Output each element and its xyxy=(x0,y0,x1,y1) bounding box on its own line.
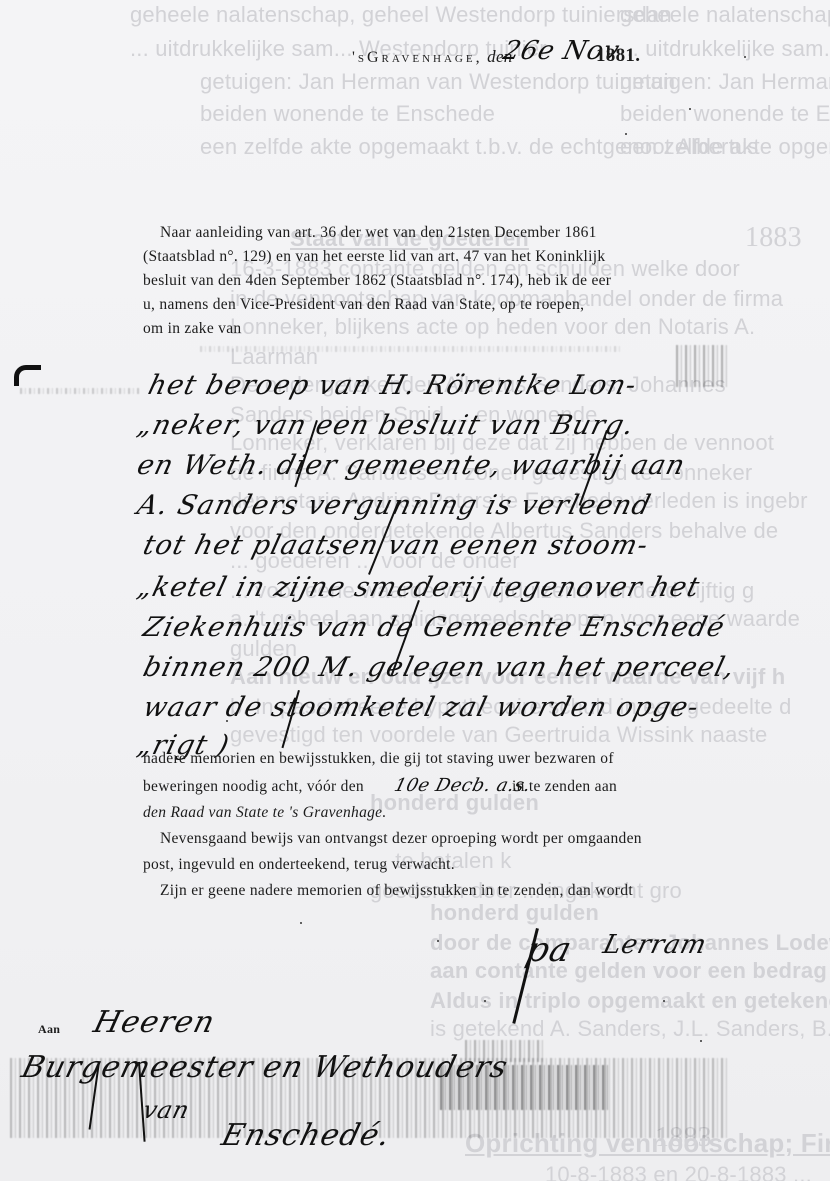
ghost-line: beiden wonende te Enschede xyxy=(620,101,830,127)
scanned-page: geheele nalatenschap, geheel Westendorp … xyxy=(0,0,830,1181)
handwritten-line: en Weth. dier gemeente, waarbij aan xyxy=(134,450,689,481)
speck xyxy=(663,1000,665,1002)
ghost-line: Aldus in triplo opgemaakt en getekend te… xyxy=(430,988,830,1014)
speck xyxy=(744,56,746,58)
body-line: beweringen noodig acht, vóór den xyxy=(143,778,364,796)
handwritten-line: „neker, van een besluit van Burg. xyxy=(134,410,638,441)
handwritten-line: A. Sanders vergunning is verleend xyxy=(134,490,655,521)
speck xyxy=(484,1000,486,1002)
speck xyxy=(625,133,627,135)
intro-line: Naar aanleiding van art. 36 der wet van … xyxy=(160,224,597,242)
speck xyxy=(300,922,302,924)
bracket-mark xyxy=(14,365,41,386)
document-header: 'sGravenhage, den xyxy=(352,47,513,67)
ghost-year: 1883 xyxy=(745,222,802,254)
header-place: 'sGravenhage, xyxy=(352,49,483,66)
ghost-line: is getekend A. Sanders, J.L. Sanders, B.… xyxy=(430,1016,830,1042)
ghost-line: getuigen: Jan Herman van Westendorp tuin… xyxy=(200,69,675,95)
ghost-line: een zelfde akte opgemaakt t.b.v. de echt… xyxy=(200,134,759,160)
signature-name: Lerram xyxy=(600,930,710,960)
intro-line: om in zake van xyxy=(143,320,241,338)
body-line: in te zenden aan xyxy=(512,778,617,796)
ghost-line: 10-8-1883 en 20-8-1883 ... xyxy=(545,1162,812,1181)
scan-smudge xyxy=(440,1065,610,1110)
address-aan-label: Aan xyxy=(38,1022,60,1037)
speck xyxy=(437,940,439,942)
scan-smudge xyxy=(20,388,140,394)
closing-line: Zijn er geene nadere memorien of bewijss… xyxy=(160,882,633,900)
address-line-1: Heeren xyxy=(90,1005,219,1040)
handwritten-line: waar de stoomketel zal worden opge- xyxy=(140,692,703,723)
handwritten-line: binnen 200 M. gelegen van het perceel, xyxy=(140,652,739,683)
body-line: den Raad van State te 's Gravenhage. xyxy=(143,804,387,822)
speck xyxy=(700,1040,702,1042)
speck xyxy=(226,720,228,722)
ghost-line: Lonneker, blijkens acte op heden voor de… xyxy=(230,314,755,340)
intro-line: u, namens den Vice-President van den Raa… xyxy=(143,296,584,314)
ghost-line: honderd gulden xyxy=(430,900,599,926)
receipt-line: post, ingevuld en onderteekend, terug ve… xyxy=(143,856,455,874)
ghost-line: geheele nalatenschap, geheel Westendorp … xyxy=(130,2,672,28)
intro-line: (Staatsblad n°. 129) en van het eerste l… xyxy=(143,248,605,266)
scan-smudge xyxy=(465,1040,545,1062)
handwritten-line: tot het plaatsen van eenen stoom- xyxy=(140,530,652,561)
scan-smudge xyxy=(676,345,728,387)
scan-smudge xyxy=(200,346,620,352)
receipt-line: Nevensgaand bewijs van ontvangst dezer o… xyxy=(160,830,642,848)
handwritten-line: Ziekenhuis van de Gemeente Enschedé xyxy=(140,612,728,643)
speck xyxy=(689,108,691,110)
ghost-line: gevestigd ten voordele van Geertruida Wi… xyxy=(230,722,767,748)
handwritten-line: het beroep van H. Rörentke Lon- xyxy=(145,370,640,401)
ghost-line: ... uitdrukkelijke sam... Westendorp tui… xyxy=(620,36,830,62)
ghost-line: beiden wonende te Enschede xyxy=(200,101,495,127)
handwritten-line: „ketel in zijne smederij tegenover het xyxy=(134,572,703,603)
header-year: 1881. xyxy=(596,45,640,67)
ghost-line: aan contante gelden voor een bedrag van … xyxy=(430,958,830,984)
body-line: nadere memorien en bewijsstukken, die gi… xyxy=(143,750,614,768)
intro-line: besluit van den 4den September 1862 (Sta… xyxy=(143,272,611,290)
scan-smudge xyxy=(10,1058,730,1138)
